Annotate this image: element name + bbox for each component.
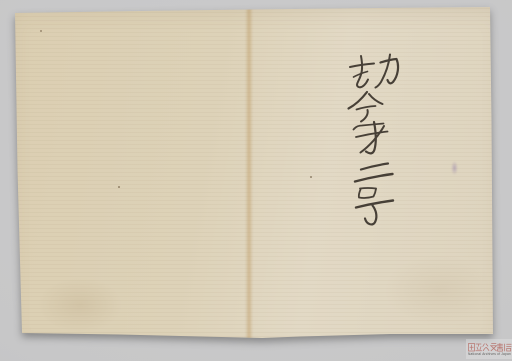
paper-shadow-wrapper — [0, 0, 512, 361]
paper-speck — [118, 186, 120, 188]
ink-smudge — [451, 161, 458, 175]
document-paper — [0, 0, 512, 361]
photo-background: 勅令第二号 国立公文書館 — [0, 0, 512, 361]
paper-speck — [40, 30, 42, 32]
watermark-subtitle: National Archives of Japan — [468, 353, 510, 356]
paper-vignette — [0, 0, 512, 361]
paper-speck — [310, 176, 312, 178]
archives-watermark: National Archives of Japan — [466, 339, 512, 359]
